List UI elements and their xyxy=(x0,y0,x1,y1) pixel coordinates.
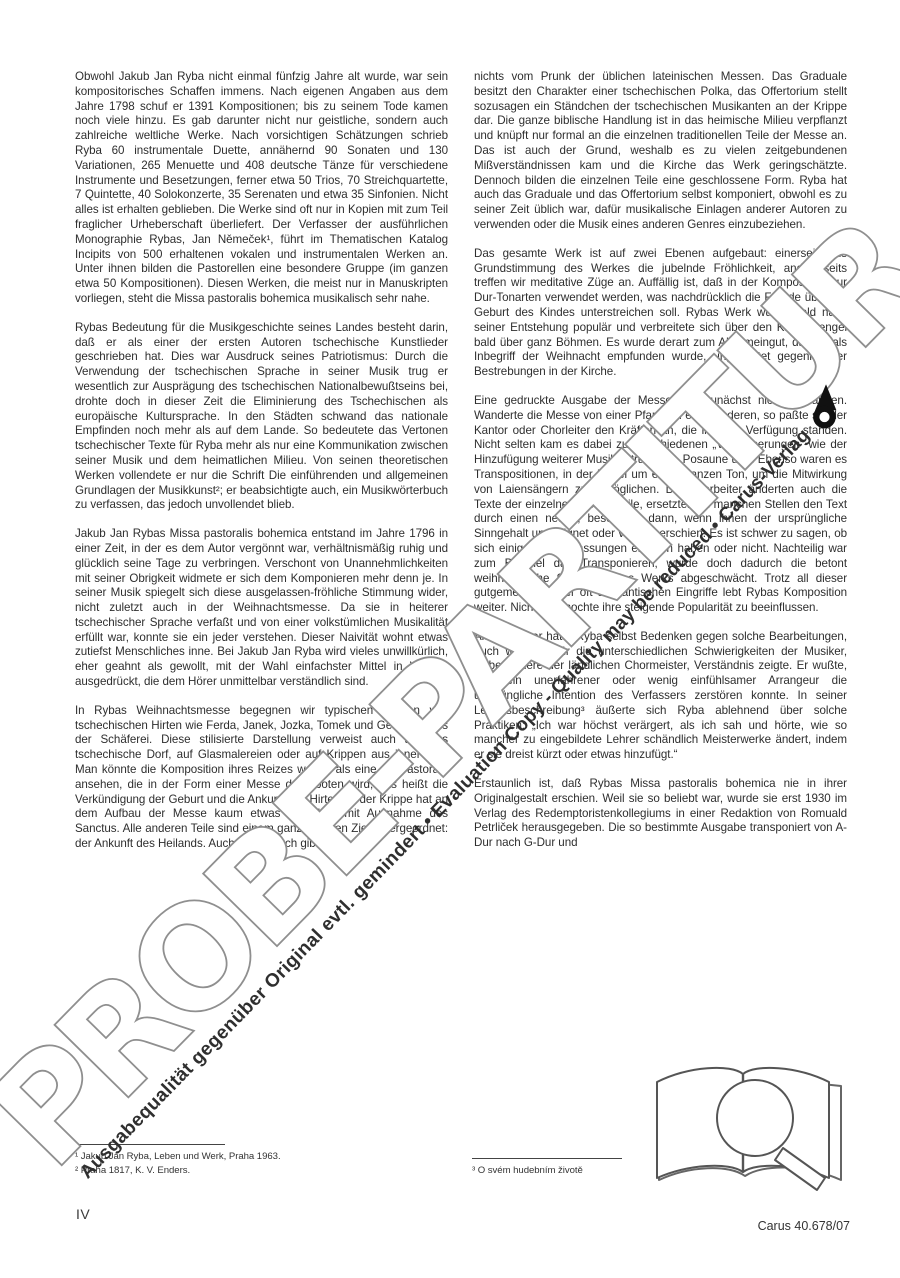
right-footnote-list: ³ O svém hudebním životě xyxy=(472,1164,652,1178)
footnote: ³ O svém hudebním životě xyxy=(472,1164,652,1178)
right-footnotes: ³ O svém hudebním životě xyxy=(472,1158,652,1178)
preface-paragraph: Erstaunlich ist, daß Rybas Missa pastora… xyxy=(474,777,847,851)
footnote-separator xyxy=(472,1158,622,1159)
scanned-preface-page: Obwohl Jakub Jan Ryba nicht einmal fünfz… xyxy=(0,0,900,1278)
preface-paragraph: Rybas Bedeutung für die Musikgeschichte … xyxy=(75,321,448,513)
book-magnifier-illustration xyxy=(645,1060,855,1240)
preface-paragraph: Obwohl Jakub Jan Ryba nicht einmal fünfz… xyxy=(75,70,448,307)
open-book-icon xyxy=(645,1060,855,1235)
